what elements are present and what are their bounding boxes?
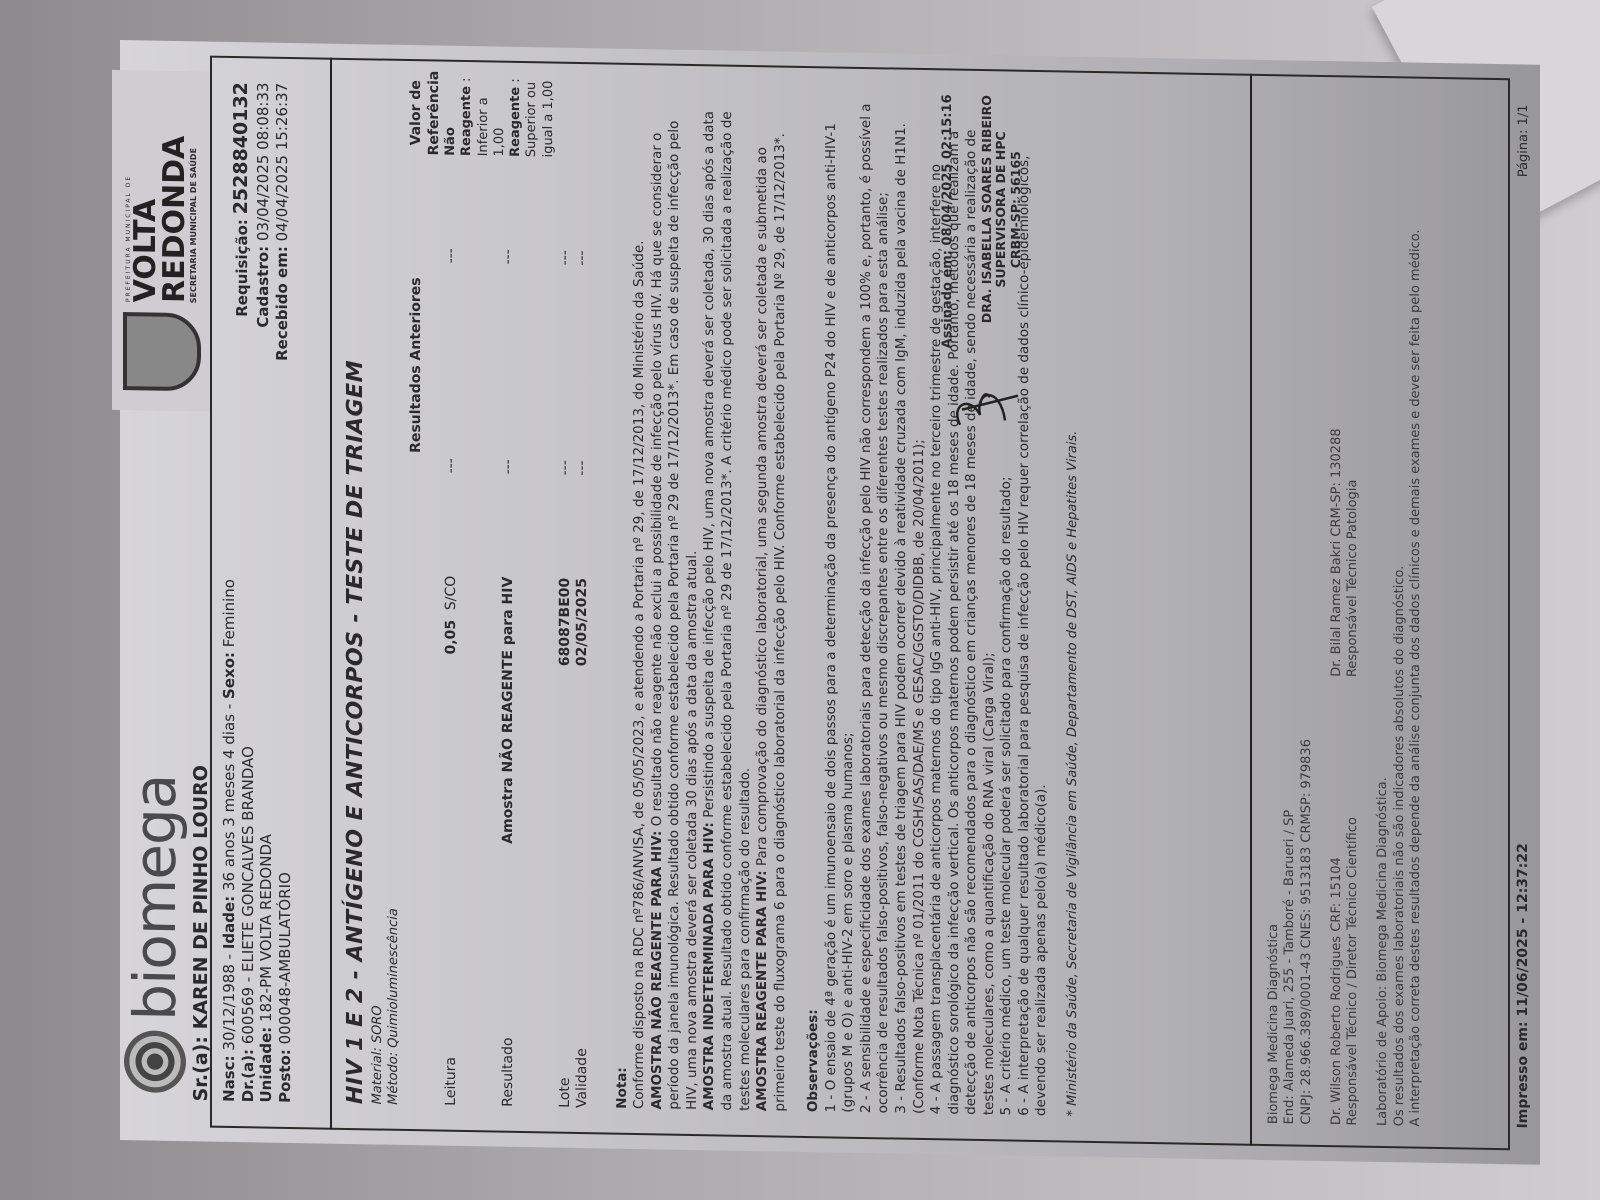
- exam-title: HIV 1 E 2 - ANTÍGENO E ANTICORPOS - TEST…: [342, 84, 370, 1104]
- validade-value: 02/05/2025: [574, 578, 592, 918]
- municipal-title-2: REDONDA: [161, 135, 190, 303]
- observacoes-label: Observações:: [805, 92, 823, 1112]
- posto-value: 000048-AMBULATÓRIO: [276, 872, 294, 1045]
- lote-prev-2: ---: [557, 158, 575, 358]
- cadastro-label: Cadastro:: [254, 246, 272, 328]
- recebido-value: 04/04/2025 15:26:37: [273, 83, 291, 242]
- reference-values: Não Reagente : Inferior a 1,00 Reagente …: [443, 71, 557, 158]
- patient-name-label: Sr.(a):: [190, 1036, 212, 1102]
- patient-info: Sr.(a): KAREN DE PINHO LOURO Nasc: 30/12…: [190, 578, 295, 1103]
- report-footer: Biomega Medicina Diagnóstica End: Alamed…: [1250, 74, 1438, 1149]
- idade-label: Idade:: [220, 896, 238, 950]
- disclaimer-2: A interpretação correta destes resultado…: [1408, 98, 1424, 1126]
- resp1-role: Responsável Técnico / Diretor Técnico Ci…: [1345, 817, 1361, 1126]
- lab-report: biomega PREFEITURA MUNICIPAL DE VOLTA RE…: [120, 40, 1540, 1165]
- lote-value: 68087BE00: [557, 578, 575, 918]
- municipal-crest-icon: [123, 312, 201, 391]
- row-label-validade: Validade: [574, 918, 592, 1108]
- resp2-name: Dr. Bilal Ramez Bakri CRM-SP: 130288: [1329, 428, 1345, 677]
- nota-item: AMOSTRA NÃO REAGENTE PARA HIV: O resulta…: [649, 89, 702, 1110]
- patient-name: KAREN DE PINHO LOURO: [190, 765, 212, 1030]
- municipal-logo: PREFEITURA MUNICIPAL DE VOLTA REDONDA SE…: [112, 70, 212, 412]
- exam-section: HIV 1 E 2 - ANTÍGENO E ANTICORPOS - TEST…: [330, 58, 1092, 1143]
- material-value: SORO: [370, 1005, 385, 1043]
- doctor-label: Dr.(a):: [239, 1049, 257, 1103]
- disclaimer-1: Os resultados dos exames laboratoriais n…: [1392, 98, 1408, 1126]
- municipal-subtitle: SECRETARIA MUNICIPAL DE SAÚDE: [189, 136, 199, 303]
- nota-label: Nota:: [614, 89, 632, 1109]
- patient-name-line: Sr.(a): KAREN DE PINHO LOURO: [190, 578, 214, 1101]
- col-previous-results: Resultados Anteriores: [408, 155, 443, 576]
- printed-at: Impresso em: 11/06/2025 - 12:37:22: [1515, 843, 1533, 1129]
- resp1-name: Dr. Wilson Roberto Rodrigues CRF: 15104: [1329, 817, 1345, 1126]
- nota-item: AMOSTRA REAGENTE PARA HIV: Para comprova…: [754, 91, 789, 1112]
- unidade-label: Unidade:: [257, 1027, 275, 1103]
- row-label-leitura: Leitura: [443, 916, 500, 1107]
- exam-material: Material: SORO: [370, 84, 386, 1104]
- resp2-role: Responsável Técnico Patologia: [1345, 429, 1361, 678]
- lab-support: Laboratório de Apoio: Biomega Medicina D…: [1375, 98, 1391, 1126]
- nota-item-title: AMOSTRA REAGENTE PARA HIV:: [754, 870, 770, 1111]
- posto-line: Posto: 000048-AMBULATÓRIO: [276, 580, 295, 1103]
- recebido-label: Recebido em:: [273, 246, 291, 361]
- material-label: Material:: [370, 1047, 385, 1104]
- nasc-value: 30/12/1988: [220, 964, 238, 1051]
- nota-item-title: AMOSTRA INDETERMINADA PARA HIV:: [701, 822, 717, 1110]
- observacao-item: 1 - O ensaio de 4ª geração é um imunoens…: [823, 92, 858, 1113]
- nota-item: AMOSTRA INDETERMINADA PARA HIV: Persisti…: [701, 90, 754, 1111]
- nasc-label: Nasc:: [220, 1055, 238, 1102]
- observacao-item: 2 - A sensibilidade e especificidade dos…: [858, 93, 893, 1114]
- row-label-resultado: Resultado: [500, 917, 557, 1108]
- validade-prev-1: ---: [574, 358, 592, 578]
- nota-item-title: AMOSTRA NÃO REAGENTE PARA HIV:: [649, 830, 665, 1109]
- ref-term-nr: Não Reagente: [443, 86, 474, 156]
- signer-name: DRA. ISABELLA SOARES RIBEIRO: [980, 95, 994, 323]
- signed-at: Assinado em: 08/04/2025 02:15:16: [940, 94, 956, 348]
- nota-section: Nota: Conforme disposto na RDC nº786/ANV…: [614, 89, 789, 1112]
- leitura-value: 0,05: [443, 620, 459, 655]
- requisicao-label: Requisição:: [233, 219, 251, 317]
- exam-method: Método: Quimioluminescência: [386, 85, 402, 1105]
- recebido-line: Recebido em: 04/04/2025 15:26:37: [273, 83, 292, 361]
- ref-term-r: Reagente: [508, 87, 523, 157]
- nota-intro: Conforme disposto na RDC nº786/ANVISA, d…: [631, 89, 649, 1109]
- validade-prev-2: ---: [574, 158, 592, 358]
- posto-label: Posto:: [276, 1049, 294, 1103]
- signer-registry: CRBM-SP: 56165: [1009, 96, 1023, 324]
- requisicao-value: 2528840132: [230, 82, 252, 215]
- resultado-prev-1: ---: [500, 357, 557, 578]
- footer-responsibles: Dr. Wilson Roberto Rodrigues CRF: 15104 …: [1329, 97, 1362, 1126]
- lab-report-sheet: biomega PREFEITURA MUNICIPAL DE VOLTA RE…: [120, 40, 1540, 1165]
- cadastro-value: 03/04/2025 08:08:33: [254, 82, 272, 241]
- signed-value: 08/04/2025 02:15:16: [940, 94, 955, 245]
- leitura-unit: S/CO: [443, 576, 459, 611]
- patient-demographics: Nasc: 30/12/1988 - Idade: 36 anos 3 mese…: [220, 579, 239, 1102]
- handwritten-signature-icon: [950, 374, 1020, 435]
- leitura-prev-2: ---: [443, 156, 500, 357]
- unidade-line: Unidade: 182-PM VOLTA REDONDA: [257, 580, 276, 1103]
- page-number: Página: 1/1: [1516, 104, 1532, 177]
- signed-label: Assinado em:: [940, 250, 955, 349]
- doctor-value: 600569 - ELIETE GONCALVES BRANDAO: [239, 746, 257, 1044]
- idade-value: 36 anos 3 meses 4 dias: [220, 714, 238, 891]
- request-info: Requisição: 2528840132 Cadastro: 03/04/2…: [230, 82, 291, 361]
- unidade-value: 182-PM VOLTA REDONDA: [257, 834, 275, 1022]
- lab-logo: biomega: [110, 774, 200, 1094]
- footer-address: End: Alameda Juari, 255 - Tamboré - Baru…: [1282, 96, 1298, 1124]
- observacoes-source: * Ministério da Saúde, Secretaria de Vig…: [1065, 96, 1082, 1116]
- row-label-lote: Lote: [557, 918, 575, 1108]
- metodo-label: Método:: [386, 1052, 401, 1105]
- footer-lab-support: Laboratório de Apoio: Biomega Medicina D…: [1375, 98, 1424, 1127]
- doctor-line: Dr.(a): 600569 - ELIETE GONCALVES BRANDA…: [239, 579, 258, 1102]
- signer-role: SUPERVISORA DE HPC: [994, 95, 1008, 323]
- sexo-label: Sexo:: [220, 652, 238, 699]
- col-reference: Valor de Referência: [408, 70, 443, 155]
- signer-block: DRA. ISABELLA SOARES RIBEIRO SUPERVISORA…: [980, 95, 1023, 324]
- lote-prev-1: ---: [557, 358, 575, 578]
- footer-company: Biomega Medicina Diagnóstica: [1266, 96, 1282, 1124]
- sexo-value: Feminino: [220, 579, 238, 648]
- requisicao-line: Requisição: 2528840132: [230, 82, 254, 361]
- observacao-item: 3 - Resultados falso-positivos em testes…: [893, 93, 928, 1114]
- lab-logo-text: biomega: [119, 774, 192, 1021]
- resultado-prev-2: ---: [500, 157, 557, 358]
- leitura-prev-1: ---: [443, 356, 500, 577]
- biomega-ring-icon: [124, 1030, 186, 1093]
- results-table: Resultados Anteriores Valor de Referênci…: [408, 85, 592, 1108]
- row-value-leitura: 0,05 S/CO: [443, 576, 500, 917]
- footer-ids: CNPJ: 28.966.389/0001-43 CNES: 9513183 C…: [1299, 97, 1315, 1125]
- metodo-value: Quimioluminescência: [386, 908, 401, 1048]
- cadastro-line: Cadastro: 03/04/2025 08:08:33: [254, 82, 273, 360]
- resultado-value: Amostra NÃO REAGENTE para HIV: [500, 577, 557, 918]
